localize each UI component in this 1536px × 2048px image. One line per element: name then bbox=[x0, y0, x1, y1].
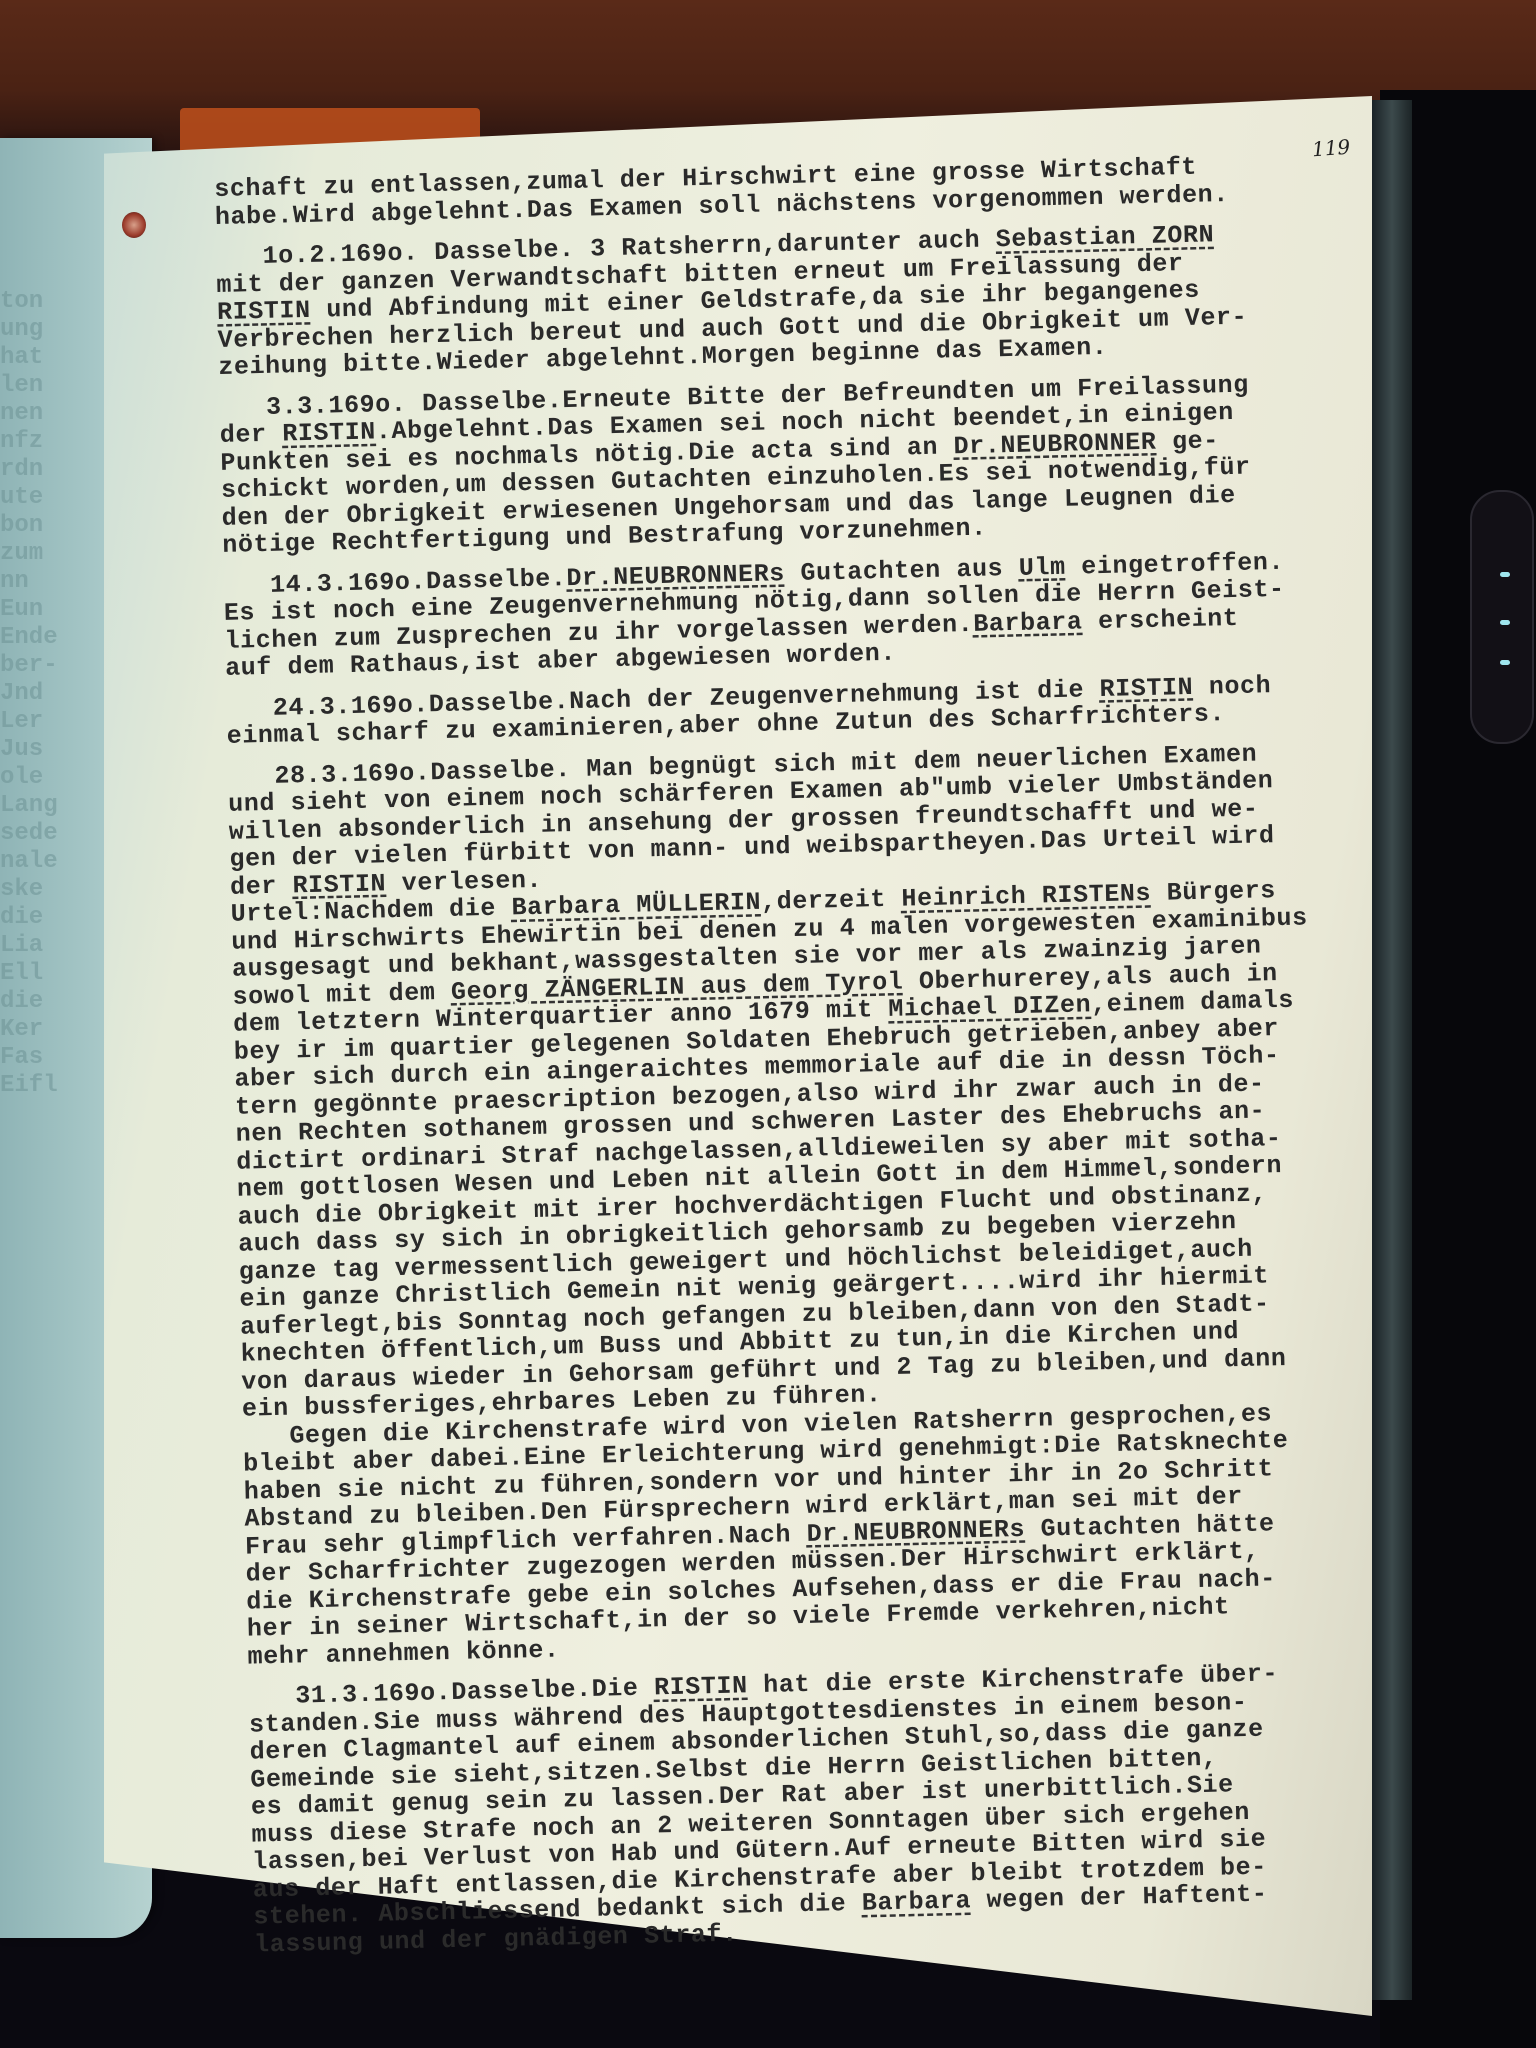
paragraph: 14.3.169o.Dasselbe.Dr.NEUBRONNERs Gutach… bbox=[223, 547, 1355, 683]
punch-hole-icon bbox=[122, 212, 146, 238]
typewritten-text: schaft zu entlassen,zumal der Hirschwirt… bbox=[214, 150, 1384, 1971]
left-page-faded-text: ton ung hat len nen nfz rdn ute bon zum … bbox=[0, 288, 110, 1100]
paragraph: 1o.2.169o. Dasselbe. 3 Ratsherrn,darunte… bbox=[216, 218, 1349, 381]
paragraph: 24.3.169o.Dasselbe.Nach der Zeugenverneh… bbox=[226, 670, 1357, 751]
paragraph: 28.3.169o.Dasselbe. Man begnügt sich mit… bbox=[227, 738, 1377, 1671]
paragraph: 31.3.169o.Dasselbe.Die RISTIN hat die er… bbox=[248, 1658, 1384, 1959]
binder-clip bbox=[1470, 490, 1534, 744]
paragraph: 3.3.169o. Dasselbe.Erneute Bitte der Bef… bbox=[219, 369, 1352, 560]
